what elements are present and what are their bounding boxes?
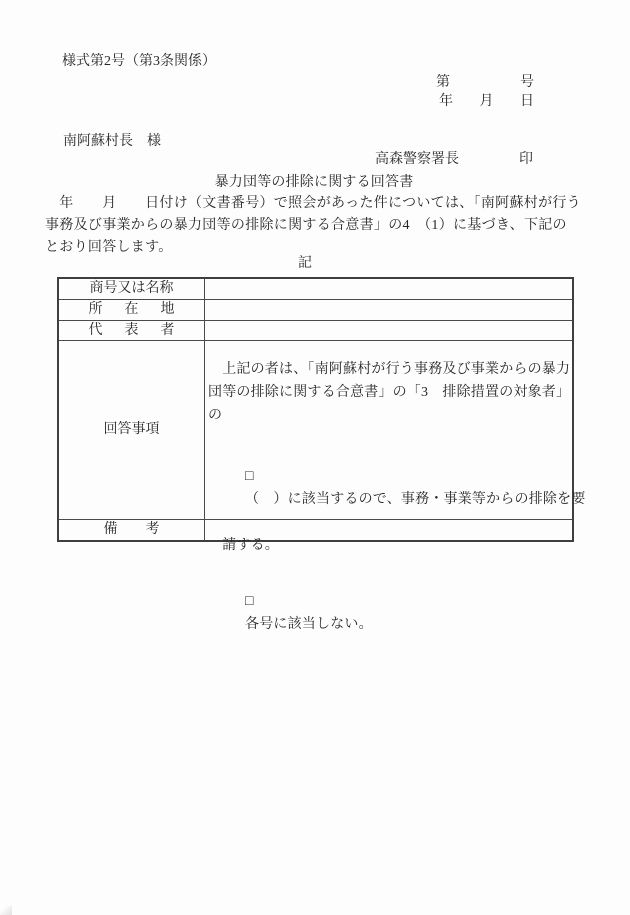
form-number: 様式第2号（第3条関係） [62, 55, 216, 69]
table-row-remarks: 備考 [59, 519, 572, 540]
doc-number-suffix: 号 [520, 76, 534, 90]
address-value-cell [205, 300, 572, 320]
record-marker: 記 [45, 257, 565, 271]
table-row-address: 所在地 [59, 299, 572, 320]
addressee-name: 南阿蘇村長 [63, 135, 133, 149]
date-year-label: 年 [439, 95, 453, 109]
table-row-representative: 代表者 [59, 320, 572, 340]
body-paragraph-line-1: 年 月 日付け（文書番号）で照会があった件については、「南阿蘇村が行う [45, 197, 581, 211]
sender-line: 高森警察署長 印 [375, 153, 533, 167]
document-number-line: 第 号 [436, 76, 534, 90]
address-label: 所在地 [89, 303, 175, 317]
checkbox-icon: □ [245, 594, 254, 609]
addressee-honorific: 様 [147, 135, 161, 149]
body-paragraph-line-2: 事務及び事業からの暴力団等の排除に関する合意書」の4 （1）に基づき、下記の [45, 219, 567, 233]
seal-placeholder: 印 [519, 153, 533, 167]
remarks-label-cell: 備考 [59, 520, 205, 540]
representative-label: 代表者 [89, 324, 175, 338]
table-row-company-name: 商号又は名称 [59, 279, 572, 299]
answer-content-cell: 上記の者は、「南阿蘇村が行う事務及び事業からの暴力 団等の排除に関する合意書」の… [205, 341, 589, 519]
company-name-value-cell [205, 279, 572, 299]
form-document-page: 様式第2号（第3条関係） 第 号 年 月 日 南阿蘇村長 様 高森警察署長 印 … [0, 0, 630, 915]
date-month-label: 月 [480, 95, 494, 109]
answer-intro-line-2: 団等の排除に関する合意書」の「3 排除措置の対象者」 [208, 381, 586, 404]
answer-blank-spacer-1 [208, 427, 586, 442]
answer-intro-line-1: 上記の者は、「南阿蘇村が行う事務及び事業からの暴力 [208, 358, 586, 381]
date-day-label: 日 [520, 95, 534, 109]
sender-title: 高森警察署長 [375, 153, 459, 167]
date-line: 年 月 日 [439, 95, 534, 109]
answer-blank-spacer-2 [208, 557, 586, 567]
representative-value-cell [205, 321, 572, 340]
response-table: 商号又は名称 所在地 代表者 回答事項 上記の者は、「南阿蘇村が行う事務及び事業… [57, 277, 574, 542]
answer-option-2-text: 各号に該当しない。 [245, 617, 373, 632]
checkbox-icon: □ [245, 469, 254, 484]
document-title: 暴力団等の排除に関する回答書 [50, 176, 578, 190]
page-corner-artifact [0, 906, 12, 915]
answer-option-1-text: （ ）に該当するので、事務・事業等からの排除を要 [245, 492, 586, 507]
table-row-answer: 回答事項 上記の者は、「南阿蘇村が行う事務及び事業からの暴力 団等の排除に関する… [59, 340, 572, 519]
answer-label: 回答事項 [104, 423, 160, 437]
remarks-label: 備考 [104, 523, 160, 537]
representative-label-cell: 代表者 [59, 321, 205, 340]
answer-intro-line-3: の [208, 404, 586, 427]
answer-label-cell: 回答事項 [59, 341, 205, 519]
company-name-label-cell: 商号又は名称 [59, 279, 205, 299]
address-label-cell: 所在地 [59, 300, 205, 320]
doc-number-prefix: 第 [436, 76, 450, 90]
answer-option-2-line: □ 各号に該当しない。 [208, 567, 586, 659]
company-name-label: 商号又は名称 [90, 282, 174, 296]
remarks-value-cell [205, 520, 572, 540]
addressee-line: 南阿蘇村長 様 [63, 135, 161, 149]
body-paragraph-line-3: とおり回答します。 [45, 241, 173, 255]
